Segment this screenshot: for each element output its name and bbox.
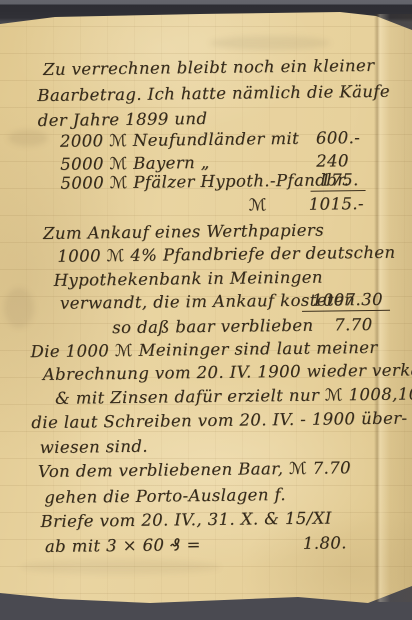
handwritten-line: der Jahre 1899 und — [0, 107, 404, 131]
handwritten-line: Zu verrechnen bleibt noch ein kleiner — [0, 56, 403, 80]
handwritten-text: so daß baar verblieben — [112, 316, 314, 337]
amount-value: 1.80. — [303, 533, 347, 553]
handwritten-line: Von dem verbliebenen Baar, ℳ 7.70 — [2, 458, 408, 482]
handwritten-text: Abrechnung vom 20. IV. 1900 wieder verka… — [43, 360, 412, 384]
handwritten-text: Von dem verbliebenen Baar, ℳ 7.70 — [38, 458, 351, 481]
handwritten-text: der Jahre 1899 und — [38, 109, 208, 130]
handwritten-text: Zu verrechnen bleibt noch ein kleiner — [43, 56, 375, 79]
handwritten-line: Hypothekenbank in Meiningen — [0, 267, 406, 291]
amount-value: 240 — [316, 151, 349, 170]
handwritten-text: gehen die Porto-Auslagen f. — [44, 485, 286, 507]
handwritten-line: 1000 ℳ 4% Pfandbriefe der deutschen — [0, 243, 405, 267]
handwritten-text: die laut Schreiben vom 20. IV. - 1900 üb… — [31, 409, 407, 433]
handwritten-line: gehen die Porto-Auslagen f. — [2, 484, 408, 508]
handwritten-text: ab mit 3 × 60 ₰ = — [45, 535, 201, 556]
amount-value: 1015.- — [309, 194, 364, 214]
handwritten-line: so daß baar verblieben7.70 — [0, 315, 406, 339]
handwritten-text: Briefe vom 20. IV., 31. X. & 15/XI — [40, 508, 331, 531]
handwritten-text: Zum Ankauf eines Werthpapiers — [43, 221, 324, 243]
handwritten-text: Die 1000 ℳ Meininger sind laut meiner — [30, 338, 377, 361]
amount-value: 1007.30 — [302, 290, 390, 312]
handwritten-line: 5000 ℳ Pfälzer Hypoth.-Pfandbr.175. — [0, 170, 405, 194]
handwritten-text: 2000 ℳ Neufundländer mit — [60, 129, 299, 151]
handwritten-text: 1000 ℳ 4% Pfandbriefe der deutschen — [57, 243, 395, 266]
handwritten-text: Baarbetrag. Ich hatte nämlich die Käufe — [37, 82, 390, 105]
handwritten-line: Die 1000 ℳ Meininger sind laut meiner — [0, 338, 406, 362]
handwritten-text: ℳ — [249, 195, 267, 214]
handwritten-line: Abrechnung vom 20. IV. 1900 wieder verka… — [1, 361, 407, 385]
scanned-page: Zu verrechnen bleibt noch ein kleinerBaa… — [0, 0, 412, 620]
handwritten-line: ℳ1015.- — [0, 194, 405, 218]
handwritten-text: & mit Zinsen dafür erzielt nur ℳ 1008,10 — [55, 384, 412, 407]
handwritten-line: ab mit 3 × 60 ₰ =1.80. — [3, 533, 409, 557]
handwritten-line: wiesen sind. — [2, 434, 408, 458]
handwritten-line: die laut Schreiben vom 20. IV. - 1900 üb… — [1, 409, 407, 433]
handwritten-text: 5000 ℳ Pfälzer Hypoth.-Pfandbr. — [60, 170, 349, 193]
handwritten-text-block: Zu verrechnen bleibt noch ein kleinerBaa… — [0, 0, 412, 620]
handwritten-line: Baarbetrag. Ich hatte nämlich die Käufe — [0, 82, 403, 106]
handwritten-line: verwandt, die im Ankauf kosteten1007.30 — [0, 290, 406, 314]
handwritten-text: wiesen sind. — [40, 437, 148, 457]
handwritten-line: & mit Zinsen dafür erzielt nur ℳ 1008,10 — [1, 385, 407, 409]
handwritten-text: 5000 ℳ Bayern „ — [60, 153, 210, 174]
handwritten-line: Briefe vom 20. IV., 31. X. & 15/XI — [2, 508, 408, 532]
amount-value: 175. — [310, 170, 366, 192]
handwritten-text: Hypothekenbank in Meiningen — [54, 268, 323, 290]
handwritten-line: 2000 ℳ Neufundländer mit600.- — [0, 128, 404, 152]
amount-value: 7.70 — [334, 315, 373, 334]
amount-value: 600.- — [316, 128, 361, 148]
handwritten-line: Zum Ankauf eines Werthpapiers — [0, 220, 405, 244]
